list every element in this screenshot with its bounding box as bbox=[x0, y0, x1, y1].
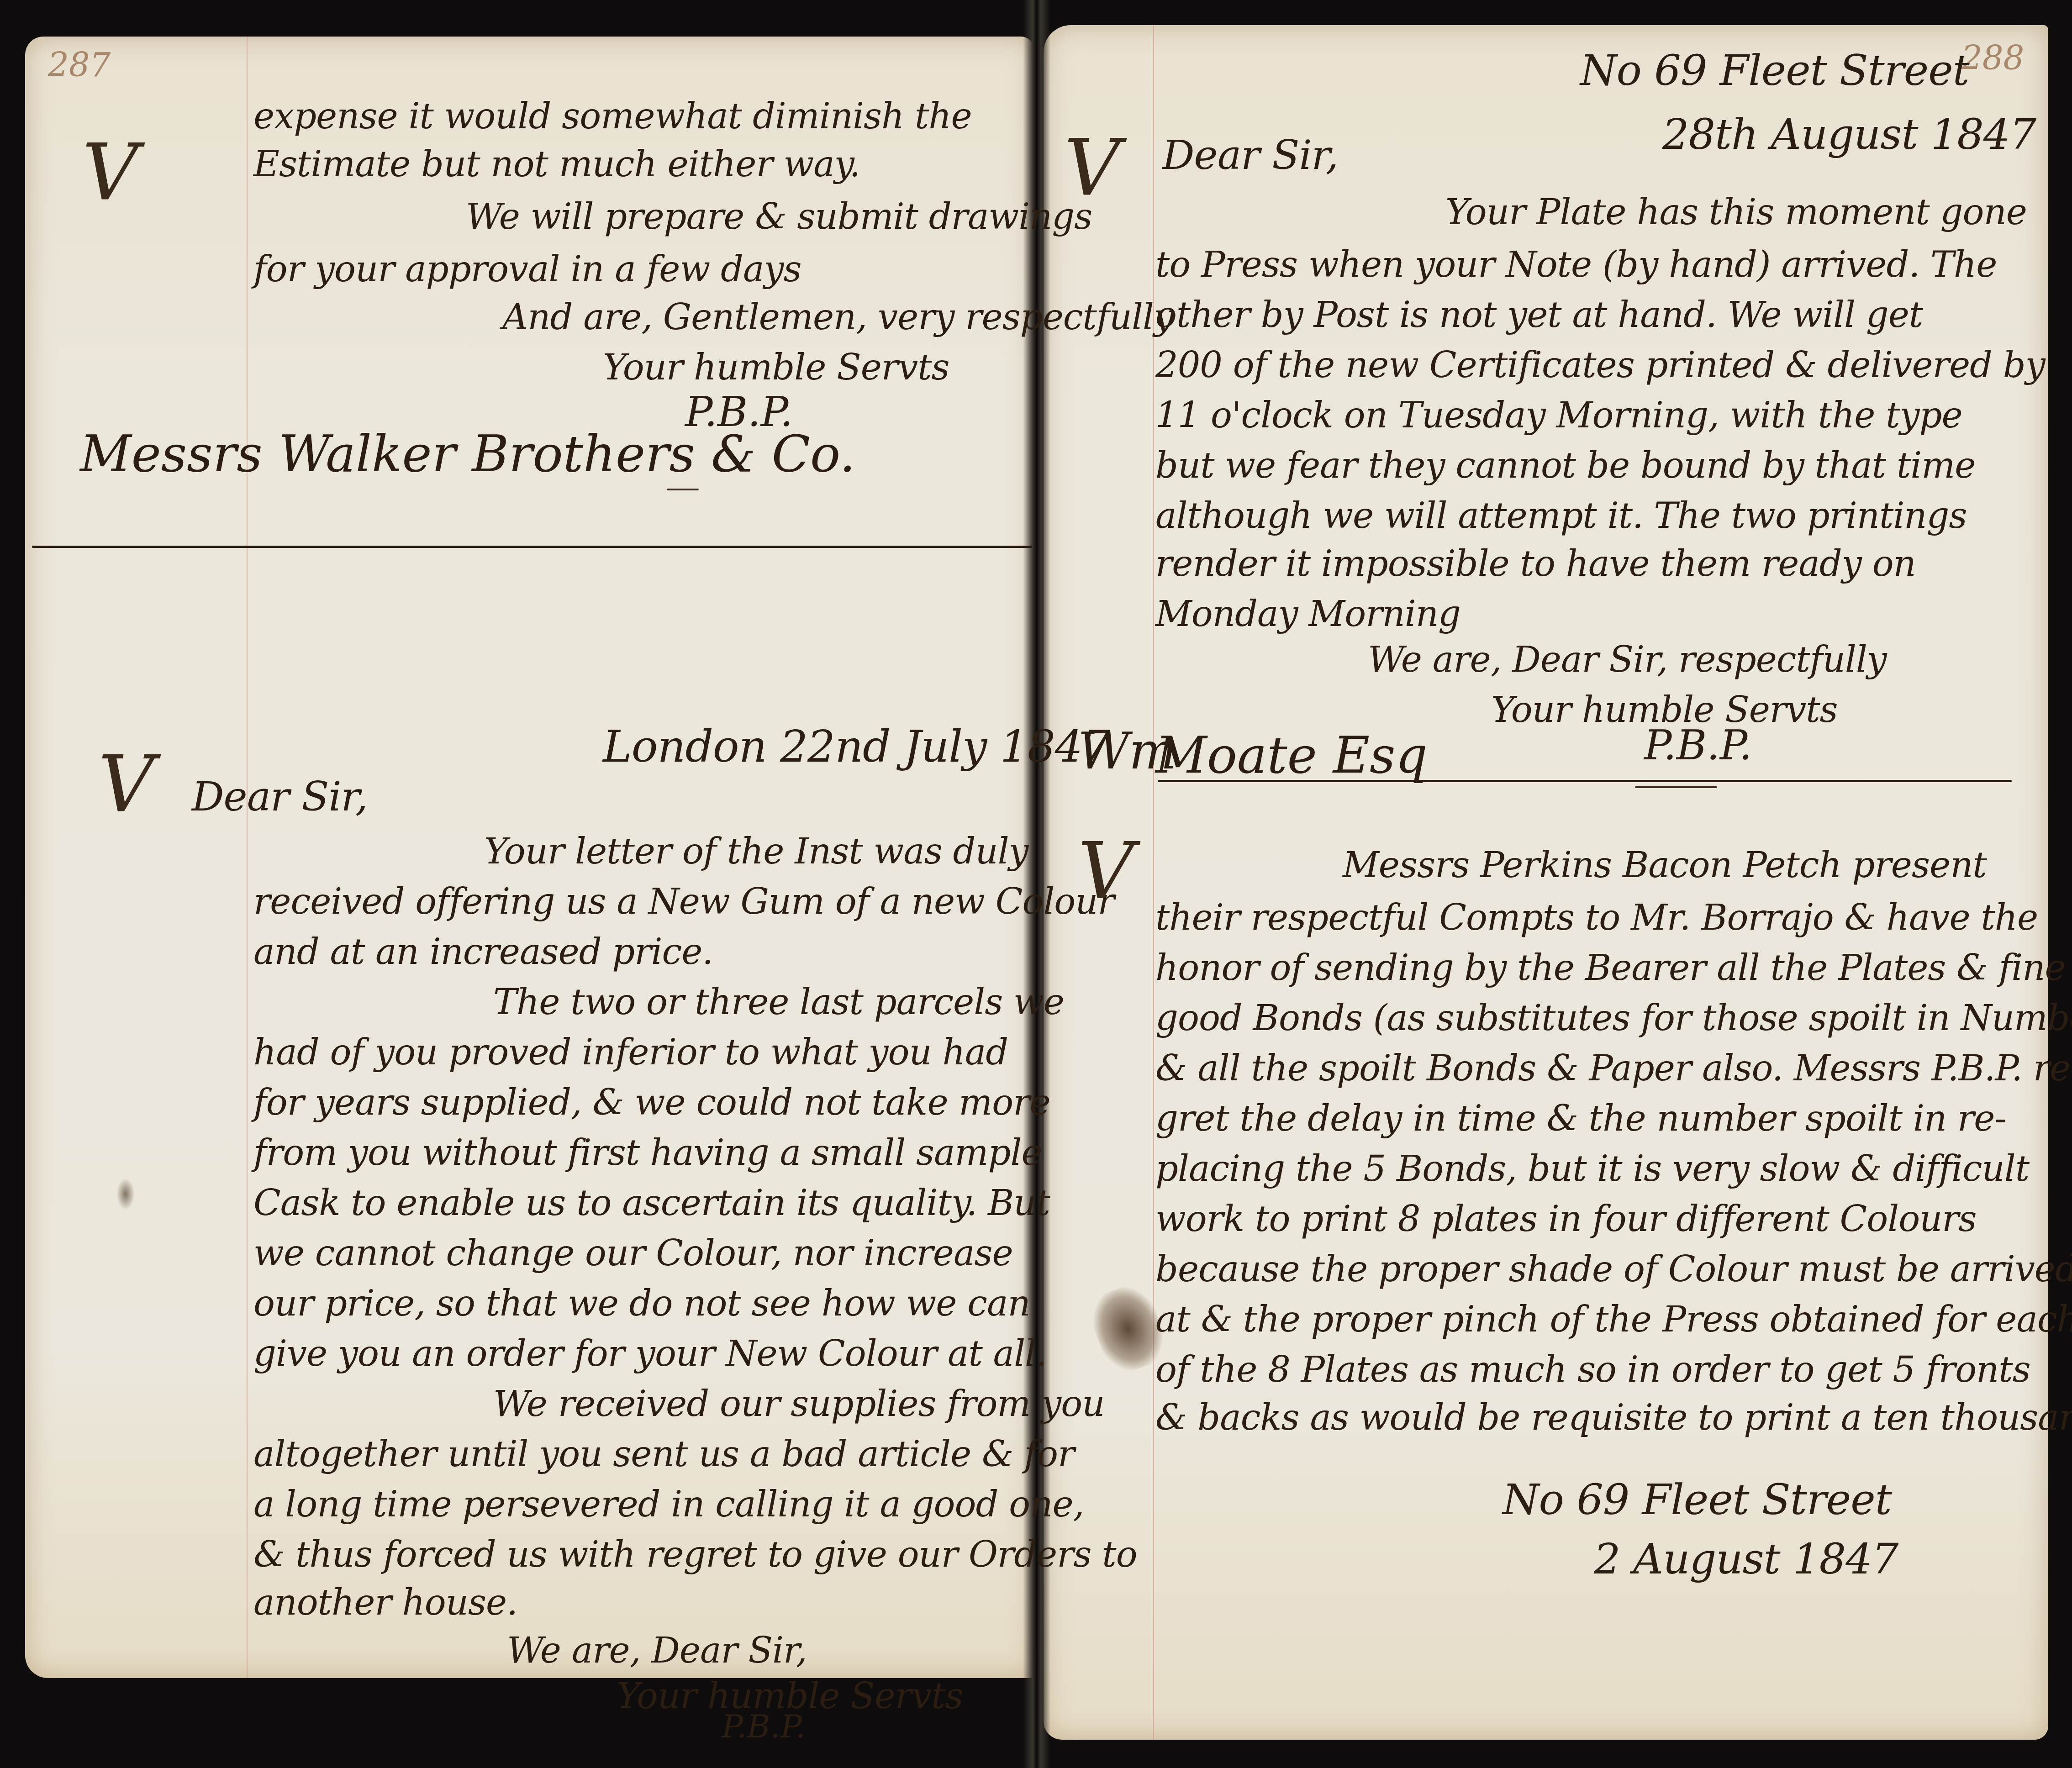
letter-4-line: their respectful Compts to Mr. Borrajo &… bbox=[1155, 893, 2038, 943]
left-margin-rule bbox=[247, 37, 248, 1678]
letter-3-recipient: Moate Esq bbox=[1155, 726, 1428, 784]
right-margin-rule bbox=[1153, 25, 1154, 1740]
letter-3-salutation: Dear Sir, bbox=[1162, 130, 1338, 180]
letter-2-salutation: Dear Sir, bbox=[192, 772, 368, 822]
letter-4-line: because the proper shade of Colour must … bbox=[1155, 1244, 2072, 1294]
letter-3-signature: P.B.P. bbox=[1644, 721, 1752, 769]
letter-3-line: but we fear they cannot be bound by that… bbox=[1155, 441, 1975, 491]
letter-3-line: to Press when your Note (by hand) arrive… bbox=[1155, 240, 1997, 290]
check-mark-letter-4: V bbox=[1078, 826, 1134, 917]
letter-1-recipient: Messrs Walker Brothers & Co. bbox=[80, 425, 855, 483]
letter-4-date: 2 August 1847 bbox=[1594, 1534, 1898, 1584]
letter-3-address: No 69 Fleet Street bbox=[1580, 46, 1969, 96]
page-number-right: 288 bbox=[1961, 39, 2024, 77]
signature-underline bbox=[667, 489, 699, 490]
letter-3-line: other by Post is not yet at hand. We wil… bbox=[1155, 290, 1923, 340]
letter-separator-left bbox=[32, 546, 1032, 548]
letter-1-line: for your approval in a few days bbox=[253, 244, 801, 295]
letter-2-line: received offering us a New Gum of a new … bbox=[253, 877, 1114, 927]
letter-2-line: & thus forced us with regret to give our… bbox=[253, 1530, 1137, 1580]
letter-2-line: give you an order for your New Colour at… bbox=[253, 1329, 1047, 1379]
check-mark-letter-2: V bbox=[98, 740, 154, 830]
letter-2-dateline: London 22nd July 1847 bbox=[603, 721, 1110, 772]
letter-2-line: had of you proved inferior to what you h… bbox=[253, 1027, 1008, 1078]
letter-4-line: placing the 5 Bonds, but it is very slow… bbox=[1155, 1144, 2029, 1194]
letter-2-line: for years supplied, & we could not take … bbox=[253, 1078, 1050, 1128]
letter-2-line: We received our supplies from you bbox=[493, 1379, 1104, 1429]
letter-4-line: of the 8 Plates as much so in order to g… bbox=[1155, 1345, 2030, 1395]
letter-2-line: a long time persevered in calling it a g… bbox=[253, 1479, 1084, 1530]
letter-1-closing: And are, Gentlemen, very respectfully bbox=[502, 292, 1173, 342]
letter-2-line: and at an increased price. bbox=[253, 927, 713, 977]
letter-3-line: Monday Morning bbox=[1155, 589, 1460, 639]
letter-1-line: expense it would somewhat diminish the bbox=[253, 91, 972, 142]
letter-3-line: although we will attempt it. The two pri… bbox=[1155, 491, 1967, 541]
letter-4-line: at & the proper pinch of the Press obtai… bbox=[1155, 1294, 2072, 1345]
letter-3-closing: We are, Dear Sir, respectfully bbox=[1368, 635, 1887, 685]
letter-2-line: Your letter of the Inst was duly bbox=[484, 826, 1028, 877]
letter-4-line: & backs as would be requisite to print a… bbox=[1155, 1393, 2072, 1443]
letter-4-line: gret the delay in time & the number spoi… bbox=[1155, 1094, 2006, 1144]
letter-4-line: Messrs Perkins Bacon Petch present bbox=[1343, 840, 1987, 890]
letter-3-date: 28th August 1847 bbox=[1662, 110, 2036, 160]
letter-4-line: & all the spoilt Bonds & Paper also. Mes… bbox=[1155, 1043, 2072, 1094]
letter-3-line: 200 of the new Certificates printed & de… bbox=[1155, 340, 2045, 390]
check-mark-letter-1: V bbox=[82, 128, 138, 218]
check-mark-letter-3: V bbox=[1064, 123, 1120, 214]
letter-1-line: We will prepare & submit drawings bbox=[466, 192, 1092, 242]
ink-smudge bbox=[116, 1178, 135, 1210]
letter-3-line: Your Plate has this moment gone bbox=[1445, 187, 2027, 237]
page-number-left: 287 bbox=[48, 46, 111, 84]
letter-2-line: our price, so that we do not see how we … bbox=[253, 1279, 1030, 1329]
letter-4-line: work to print 8 plates in four different… bbox=[1155, 1194, 1977, 1244]
letter-2-line: from you without first having a small sa… bbox=[253, 1128, 1042, 1178]
signature-underline bbox=[1635, 786, 1717, 788]
letter-3-line: render it impossible to have them ready … bbox=[1155, 539, 1916, 589]
letter-2-line: The two or three last parcels we bbox=[493, 977, 1064, 1027]
letter-1-closing: Your humble Servts bbox=[603, 342, 949, 393]
letter-1-line: Estimate but not much either way. bbox=[253, 139, 860, 189]
letter-2-signature: P.B.P. bbox=[722, 1708, 806, 1745]
letter-4-line: good Bonds (as substitutes for those spo… bbox=[1155, 993, 2072, 1043]
letter-2-line: we cannot change our Colour, nor increas… bbox=[253, 1228, 1013, 1279]
letter-2-line: Cask to enable us to ascertain its quali… bbox=[253, 1178, 1050, 1228]
letter-2-line: altogether until you sent us a bad artic… bbox=[253, 1429, 1074, 1479]
letter-4-address: No 69 Fleet Street bbox=[1503, 1475, 1892, 1525]
letter-separator-right bbox=[1158, 780, 2012, 782]
letter-4-line: honor of sending by the Bearer all the P… bbox=[1155, 943, 2066, 993]
letter-3-line: 11 o'clock on Tuesday Morning, with the … bbox=[1155, 390, 1962, 441]
